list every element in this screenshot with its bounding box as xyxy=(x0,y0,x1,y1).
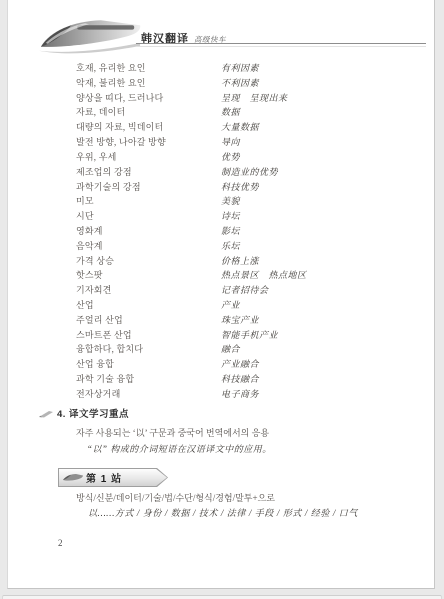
chinese-translation: 有利因素 xyxy=(221,61,424,76)
section4-korean-line: 자주 사용되는 ‘以’ 구문과 중국어 번역에서의 응용 xyxy=(76,426,269,439)
vocab-row: 주얼리 산업 珠宝产业 xyxy=(76,313,424,328)
chinese-translation: 科技融合 xyxy=(221,372,424,387)
vocab-row: 영화계 影坛 xyxy=(76,224,424,239)
chinese-translation: 价格上涨 xyxy=(221,254,424,269)
vocab-row: 대량의 자료, 빅데이터 大量数据 xyxy=(76,120,424,135)
korean-term: 대량의 자료, 빅데이터 xyxy=(76,120,221,135)
chinese-translation: 制造业的优势 xyxy=(221,165,424,180)
korean-term: 가격 상승 xyxy=(76,254,221,269)
station1-badge-label: 第 1 站 xyxy=(86,470,122,485)
korean-term: 음악계 xyxy=(76,239,221,254)
korean-term: 융합하다, 합치다 xyxy=(76,342,221,357)
book-page: 韩汉翻译高级快车 호재, 유리한 요인 有利因素 악재, 불리한 요인 不利因素… xyxy=(7,0,435,589)
high-speed-train-icon xyxy=(36,12,144,60)
korean-term: 산업 xyxy=(76,298,221,313)
korean-term: 자료, 데이터 xyxy=(76,105,221,120)
section4-heading-row: 4. 译文学习重点 xyxy=(38,406,129,420)
vocab-row: 악재, 불리한 요인 不利因素 xyxy=(76,76,424,91)
section4-chinese-line: “以” 构成的介词短语在汉语译文中的应用。 xyxy=(87,442,272,455)
korean-term: 핫스팟 xyxy=(76,268,221,283)
vocab-row: 가격 상승 价格上涨 xyxy=(76,254,424,269)
korean-term: 과학 기술 융합 xyxy=(76,372,221,387)
vocab-row: 전자상거래 电子商务 xyxy=(76,387,424,402)
station1-badge-shape: 第 1 站 xyxy=(58,468,168,487)
vocab-list: 호재, 유리한 요인 有利因素 악재, 불리한 요인 不利因素 양상을 띠다, … xyxy=(76,61,424,402)
vocab-row: 기자회견 记者招待会 xyxy=(76,283,424,298)
korean-term: 제조업의 강점 xyxy=(76,165,221,180)
vocab-row: 산업 융합 产业融合 xyxy=(76,357,424,372)
vocab-row: 산업 产业 xyxy=(76,298,424,313)
vocab-row: 시단 诗坛 xyxy=(76,209,424,224)
chinese-translation: 导向 xyxy=(221,135,424,150)
chinese-translation: 科技优势 xyxy=(221,180,424,195)
korean-term: 미모 xyxy=(76,194,221,209)
header-divider xyxy=(136,43,426,47)
chinese-translation: 产业融合 xyxy=(221,357,424,372)
vocab-row: 스마트폰 산업 智能手机产业 xyxy=(76,328,424,343)
korean-term: 영화계 xyxy=(76,224,221,239)
chinese-translation: 呈现 呈现出来 xyxy=(221,91,424,106)
chinese-translation: 产业 xyxy=(221,298,424,313)
chinese-translation: 影坛 xyxy=(221,224,424,239)
station1-korean-line: 방식/신분/데이터/기술/법/수단/형식/경험/말투+으로 xyxy=(76,491,275,504)
vocab-row: 자료, 데이터 数据 xyxy=(76,105,424,120)
vocab-row: 과학기술의 강점 科技优势 xyxy=(76,180,424,195)
chinese-translation: 热点景区 热点地区 xyxy=(221,268,424,283)
chinese-translation: 融合 xyxy=(221,342,424,357)
station1-chinese-line: 以……方式 / 身份 / 数据 / 技术 / 法律 / 手段 / 形式 / 经验… xyxy=(88,506,358,519)
chinese-translation: 智能手机产业 xyxy=(221,328,424,343)
vocab-row: 발전 방향, 나아갈 방향 导向 xyxy=(76,135,424,150)
chinese-translation: 珠宝产业 xyxy=(221,313,424,328)
chinese-translation: 优势 xyxy=(221,150,424,165)
pencil-icon xyxy=(38,409,54,418)
chinese-translation: 电子商务 xyxy=(221,387,424,402)
chinese-translation: 不利因素 xyxy=(221,76,424,91)
vocab-row: 융합하다, 합치다 融合 xyxy=(76,342,424,357)
chinese-translation: 记者招待会 xyxy=(221,283,424,298)
chinese-translation: 数据 xyxy=(221,105,424,120)
chinese-translation: 乐坛 xyxy=(221,239,424,254)
korean-term: 기자회견 xyxy=(76,283,221,298)
vocab-row: 우위, 우세 优势 xyxy=(76,150,424,165)
korean-term: 시단 xyxy=(76,209,221,224)
korean-term: 전자상거래 xyxy=(76,387,221,402)
chinese-translation: 诗坛 xyxy=(221,209,424,224)
vocab-row: 제조업의 강점 制造业的优势 xyxy=(76,165,424,180)
train-icon xyxy=(62,472,84,483)
chinese-translation: 大量数据 xyxy=(221,120,424,135)
next-page-edge xyxy=(2,595,442,599)
station1-badge: 第 1 站 xyxy=(58,468,168,487)
korean-term: 악재, 불리한 요인 xyxy=(76,76,221,91)
korean-term: 호재, 유리한 요인 xyxy=(76,61,221,76)
korean-term: 우위, 우세 xyxy=(76,150,221,165)
vocab-row: 음악계 乐坛 xyxy=(76,239,424,254)
vocab-row: 핫스팟 热点景区 热点地区 xyxy=(76,268,424,283)
korean-term: 과학기술의 강점 xyxy=(76,180,221,195)
vocab-row: 호재, 유리한 요인 有利因素 xyxy=(76,61,424,76)
section4-title: 4. 译文学习重点 xyxy=(57,406,129,420)
korean-term: 주얼리 산업 xyxy=(76,313,221,328)
korean-term: 산업 융합 xyxy=(76,357,221,372)
korean-term: 양상을 띠다, 드러나다 xyxy=(76,91,221,106)
korean-term: 발전 방향, 나아갈 방향 xyxy=(76,135,221,150)
korean-term: 스마트폰 산업 xyxy=(76,328,221,343)
page-number: 2 xyxy=(58,538,63,548)
vocab-row: 과학 기술 융합 科技融合 xyxy=(76,372,424,387)
vocab-row: 미모 美貌 xyxy=(76,194,424,209)
vocab-row: 양상을 띠다, 드러나다 呈现 呈现出来 xyxy=(76,91,424,106)
chinese-translation: 美貌 xyxy=(221,194,424,209)
